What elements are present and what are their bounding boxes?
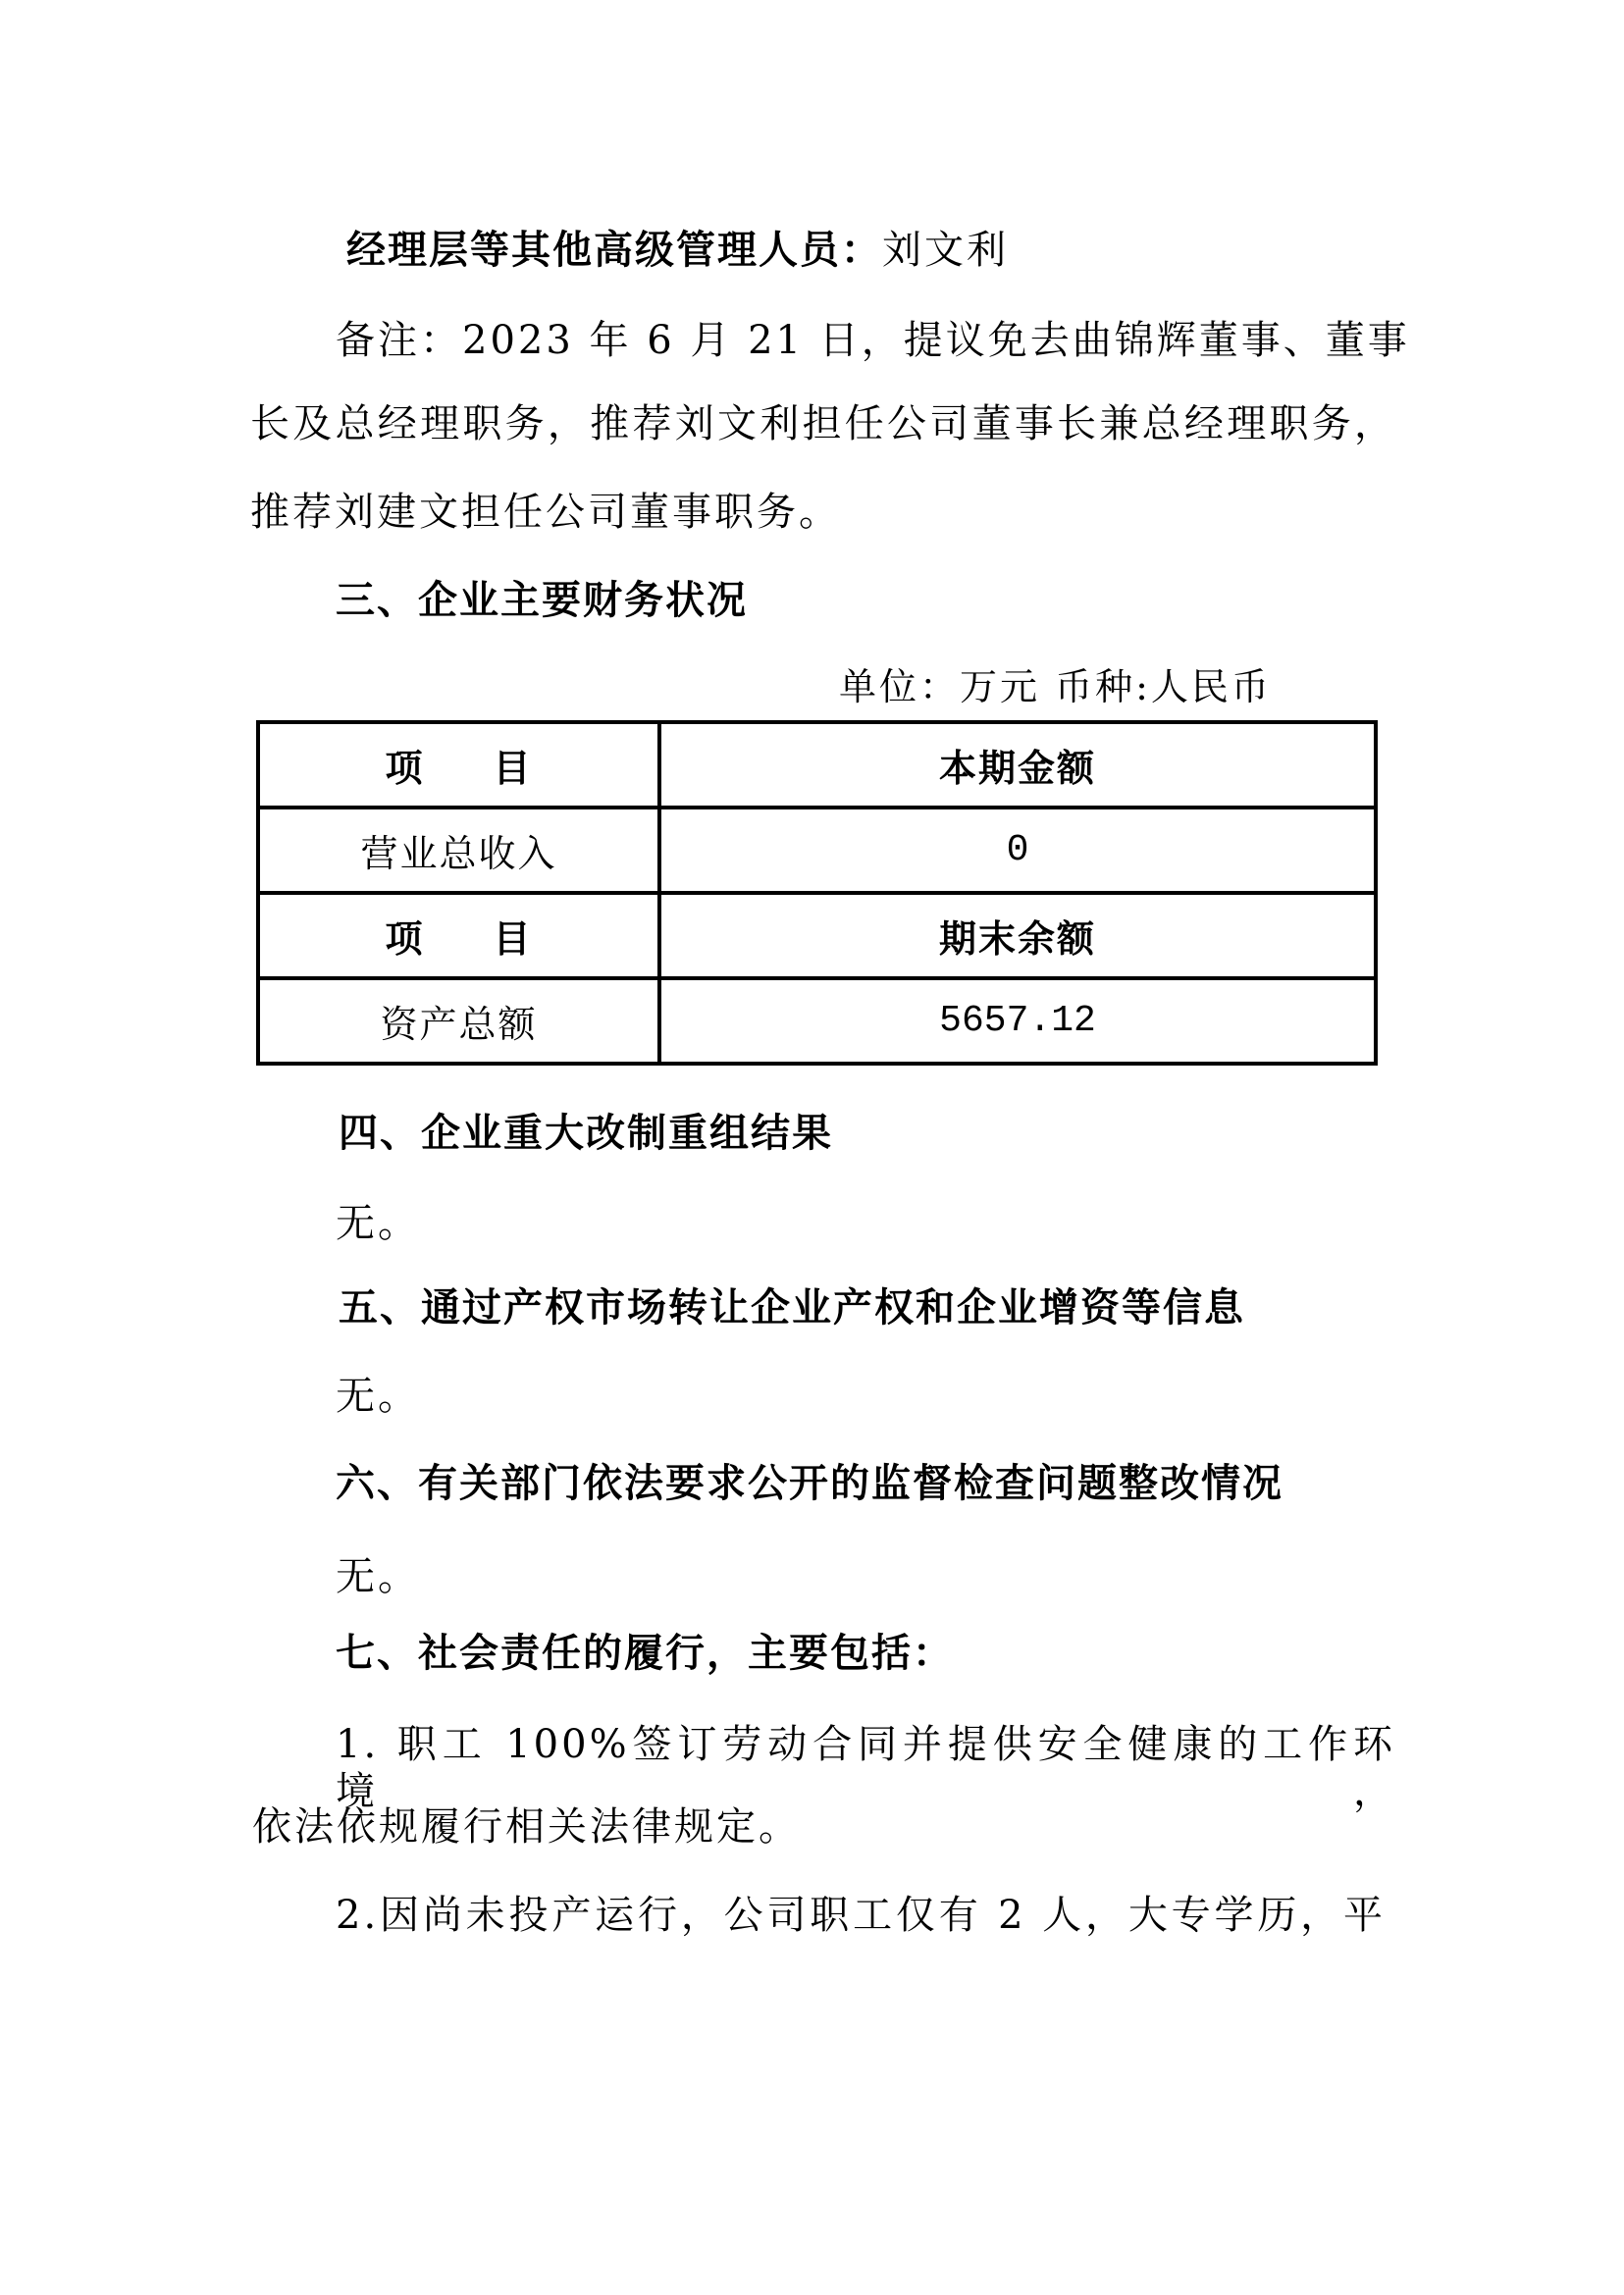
section3-heading: 三、企业主要财务状况 <box>336 577 748 624</box>
management-value: 刘文利 <box>882 228 1009 273</box>
table-header-value: 期末余额 <box>659 893 1376 978</box>
section7-item1-line1: 1. 职工 100%签订劳动合同并提供安全健康的工作环境， <box>336 1721 1395 1815</box>
table-header-item: 项目 <box>258 893 659 978</box>
table-header-row: 项目 期末余额 <box>258 893 1376 978</box>
section7-item1-line2: 依法依规履行相关法律规定。 <box>252 1803 801 1851</box>
remark-line-2: 长及总经理职务，推荐刘文利担任公司董事长兼总经理职务， <box>250 400 1396 447</box>
section5-heading: 五、通过产权市场转让企业产权和企业增资等信息 <box>339 1284 1245 1331</box>
table-cell-item: 营业总收入 <box>258 808 659 893</box>
section6-heading: 六、有关部门依法要求公开的监督检查问题整改情况 <box>336 1460 1283 1507</box>
table-row: 营业总收入 0 <box>258 808 1376 893</box>
table-header-value: 本期金额 <box>659 722 1376 808</box>
unit-note: 单位：万元 币种:人民币 <box>839 663 1272 710</box>
table-header-item: 项目 <box>258 722 659 808</box>
management-line: 经理层等其他高级管理人员：刘文利 <box>346 227 1009 274</box>
remark-line-1: 备注：2023 年 6 月 21 日，提议免去曲锦辉董事、董事 <box>336 317 1410 364</box>
section6-content: 无。 <box>336 1553 420 1600</box>
table-cell-value: 5657.12 <box>659 978 1376 1064</box>
table-header-row: 项目 本期金额 <box>258 722 1376 808</box>
remark-line-3: 推荐刘建文担任公司董事职务。 <box>250 489 841 536</box>
financial-table: 项目 本期金额 营业总收入 0 项目 期末余额 资产总额 5657.12 <box>256 720 1378 1066</box>
table-cell-item: 资产总额 <box>258 978 659 1064</box>
section7-heading: 七、社会责任的履行，主要包括： <box>336 1630 954 1677</box>
table-row: 资产总额 5657.12 <box>258 978 1376 1064</box>
management-label: 经理层等其他高级管理人员： <box>346 228 882 273</box>
table-cell-value: 0 <box>659 808 1376 893</box>
section5-content: 无。 <box>336 1373 420 1420</box>
section4-content: 无。 <box>336 1200 420 1247</box>
section4-heading: 四、企业重大改制重组结果 <box>339 1110 833 1157</box>
section7-item2-line1: 2.因尚未投产运行，公司职工仅有 2 人，大专学历，平 <box>336 1892 1386 1939</box>
